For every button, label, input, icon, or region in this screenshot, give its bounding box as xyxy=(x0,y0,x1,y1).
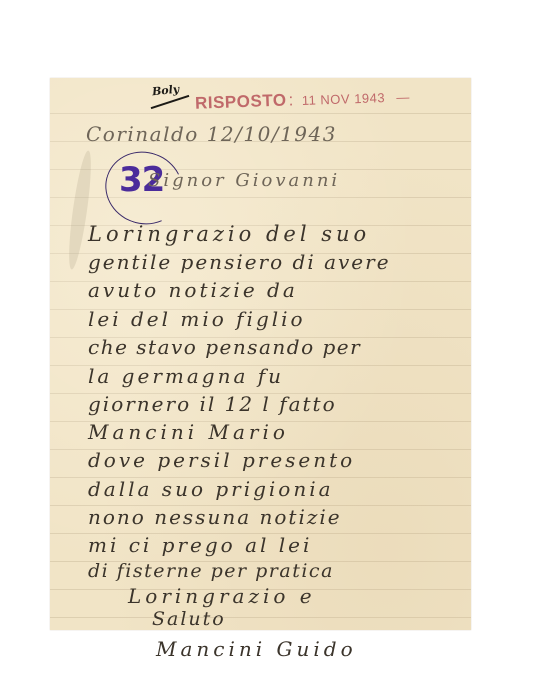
stamp-trail: — xyxy=(396,89,410,104)
body-line: dalla suo prigionia xyxy=(88,477,334,501)
body-line: giornero il 12 l fatto xyxy=(88,392,337,416)
closing-line: Saluto xyxy=(152,608,226,630)
stamp-date: 11 NOV 1943 xyxy=(302,90,386,108)
stamp-separator: : xyxy=(288,90,294,109)
closing-line: Loringrazio e xyxy=(128,584,316,608)
body-line: Mancini Mario xyxy=(88,420,289,444)
stamp-word: RISPOSTO xyxy=(195,91,287,113)
body-line: Loringrazio del suo xyxy=(88,222,370,246)
body-line: dove persil presento xyxy=(88,448,355,472)
body-line: avuto notizie da xyxy=(88,278,298,302)
body-line: la germagna fu xyxy=(88,364,284,388)
body-line: lei del mio figlio xyxy=(88,307,306,331)
body-line: che stavo pensando per xyxy=(88,335,361,359)
salutation-line: Signor Giovanni xyxy=(148,170,340,191)
body-line: di fisterne per pratica xyxy=(88,560,334,582)
signature: Mancini Guido xyxy=(156,637,357,661)
body-line: nono nessuna notizie xyxy=(88,505,342,529)
place-date-line: Corinaldo 12/10/1943 xyxy=(86,122,337,146)
body-line: gentile pensiero di avere xyxy=(88,250,391,274)
body-line: mi ci prego al lei xyxy=(88,533,312,557)
